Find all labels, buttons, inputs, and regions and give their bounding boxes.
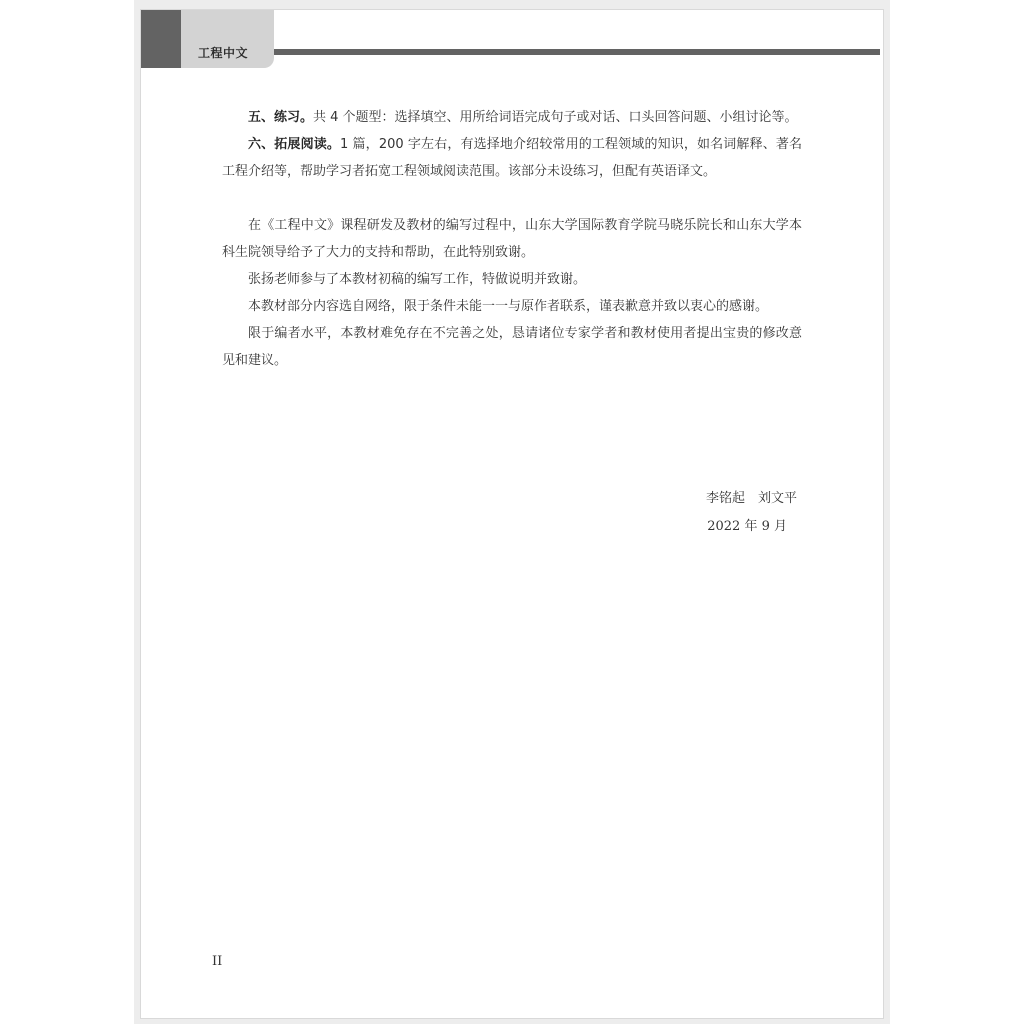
acknowledgement-paragraph: 张扬老师参与了本教材初稿的编写工作，特做说明并致谢。 — [222, 266, 802, 293]
section-text: 共 4 个题型：选择填空、用所给词语完成句子或对话、口头回答问题、小组讨论等。 — [313, 110, 798, 125]
section-extended-reading: 六、拓展阅读。1 篇，200 字左右，有选择地介绍较常用的工程领域的知识，如名词… — [222, 131, 802, 185]
section-heading: 六、拓展阅读。 — [248, 137, 340, 152]
signature-date: 2022 年 9 月 — [706, 513, 797, 541]
header-dark-block — [141, 10, 181, 68]
page-number: II — [212, 954, 222, 969]
page-body: 五、练习。共 4 个题型：选择填空、用所给词语完成句子或对话、口头回答问题、小组… — [222, 104, 802, 374]
section-heading: 五、练习。 — [248, 110, 313, 125]
acknowledgement-paragraph: 本教材部分内容选自网络，限于条件未能一一与原作者联系，谨表歉意并致以衷心的感谢。 — [222, 293, 802, 320]
signature-block: 李铭起 刘文平 2022 年 9 月 — [706, 485, 797, 541]
acknowledgement-paragraph: 限于编者水平，本教材难免存在不完善之处，恳请诸位专家学者和教材使用者提出宝贵的修… — [222, 320, 802, 374]
author-names: 李铭起 刘文平 — [706, 485, 797, 513]
acknowledgement-paragraph: 在《工程中文》课程研发及教材的编写过程中，山东大学国际教育学院马晓乐院长和山东大… — [222, 212, 802, 266]
document-page: 工程中文 五、练习。共 4 个题型：选择填空、用所给词语完成句子或对话、口头回答… — [140, 9, 884, 1019]
section-exercises: 五、练习。共 4 个题型：选择填空、用所给词语完成句子或对话、口头回答问题、小组… — [222, 104, 802, 131]
book-title: 工程中文 — [198, 44, 248, 61]
paragraph-spacer — [222, 185, 802, 212]
header-rule — [274, 49, 880, 55]
header-tab: 工程中文 — [181, 10, 274, 68]
